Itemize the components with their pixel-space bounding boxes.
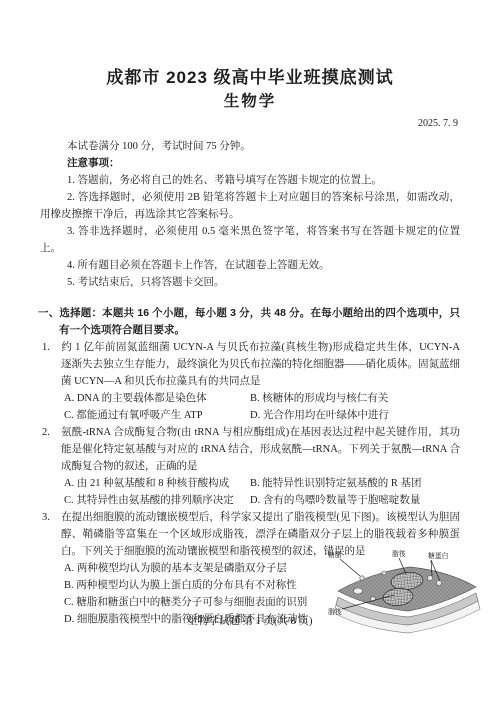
question-1-option-d: D. 光合作用均在叶绿体中进行 bbox=[250, 407, 460, 424]
glycolipid-blob bbox=[360, 576, 364, 580]
notice-item-2: 2. 答选择题时，必须使用 2B 铅笔将答题卡上对应题目的答案标号涂黑，如需改动… bbox=[40, 189, 460, 223]
question-1-text: 约 1 亿年前固氮蓝细菌 UCYN-A 与贝氏布拉藻(真核生物)形成稳定共生体，… bbox=[61, 342, 460, 387]
question-2-options: A. 由 21 种氨基酸和 8 种核苷酸构成 B. 能特异性识别特定氨基酸的 R… bbox=[64, 475, 460, 509]
notice-item-3: 3. 答非选择题时，必须使用 0.5 毫米黑色签字笔，将答案书写在答题卡规定的位… bbox=[40, 223, 460, 257]
question-1: 1.约 1 亿年前固氮蓝细菌 UCYN-A 与贝氏布拉藻(真核生物)形成稳定共生… bbox=[42, 339, 460, 424]
question-3-option-b: B. 两种模型均认为膜上蛋白质的分布具有不对称性 bbox=[64, 577, 352, 594]
page-content: 成都市 2023 级高中毕业班摸底测试 生物学 2025. 7. 9 本试卷满分… bbox=[40, 0, 460, 628]
glycolipid-label: 糖脂 bbox=[328, 550, 342, 559]
notice-item-1: 1. 答题前，务必将自己的姓名、考籍号填写在答题卡规定的位置上。 bbox=[40, 172, 460, 189]
question-1-options: A. DNA 的主要载体都是染色体 B. 核糖体的形成均与核仁有关 C. 都能通… bbox=[64, 390, 460, 424]
membrane-figure-svg: 糖脂 脂筏 糖蛋白 脂筏 bbox=[310, 547, 500, 645]
question-1-option-b: B. 核糖体的形成均与核仁有关 bbox=[250, 390, 460, 407]
question-3-option-a: A. 两种模型均认为膜的基本支架是磷脂双分子层 bbox=[64, 560, 352, 577]
raft-top-label: 脂筏 bbox=[392, 549, 406, 558]
question-1-number: 1. bbox=[42, 339, 61, 356]
subject-title: 生物学 bbox=[40, 90, 460, 114]
question-2-option-d: D. 含有的鸟嘌呤数量等于胞嘧啶数量 bbox=[250, 492, 460, 509]
glycolipid-leader-line bbox=[340, 559, 360, 576]
question-2-option-b: B. 能特异性识别特定氨基酸的 R 基团 bbox=[250, 475, 460, 492]
notice-item-4: 4. 所有题目必须在答题卡上作答，在试题卷上答题无效。 bbox=[40, 257, 460, 274]
question-2-option-c: C. 其特异性由氨基酸的排列顺序决定 bbox=[64, 492, 250, 509]
question-1-option-c: C. 都能通过有氧呼吸产生 ATP bbox=[64, 407, 250, 424]
question-1-option-a: A. DNA 的主要载体都是染色体 bbox=[64, 390, 250, 407]
section-header: 一、选择题：本题共 16 个小题，每小题 3 分，共 48 分。在每小题给出的四… bbox=[38, 305, 460, 339]
question-2: 2.氨酰-tRNA 合成酶复合物(由 tRNA 与相应酶组成)在基因表达过程中起… bbox=[42, 424, 460, 509]
page-footer: 生物学试题 第 1 页(共 8 页) bbox=[0, 613, 500, 630]
page-title: 成都市 2023 级高中毕业班摸底测试 bbox=[40, 66, 460, 90]
question-2-text: 氨酰-tRNA 合成酶复合物(由 tRNA 与相应酶组成)在基因表达过程中起关键… bbox=[61, 427, 460, 472]
exam-paper-page: 成都市 2023 级高中毕业班摸底测试 生物学 2025. 7. 9 本试卷满分… bbox=[0, 0, 500, 707]
exam-date: 2025. 7. 9 bbox=[40, 116, 460, 132]
glycoprotein-blob-2 bbox=[436, 580, 441, 585]
question-2-stem: 2.氨酰-tRNA 合成酶复合物(由 tRNA 与相应酶组成)在基因表达过程中起… bbox=[42, 424, 460, 475]
notice-title: 注意事项： bbox=[40, 155, 460, 172]
question-3-option-c: C. 糖脂和糖蛋白中的糖类分子可参与细胞表面的识别 bbox=[64, 594, 352, 611]
glycoprotein-blob-1 bbox=[427, 575, 432, 580]
exam-summary: 本试卷满分 100 分，考试时间 75 分钟。 bbox=[40, 138, 460, 155]
protein-blob-top bbox=[382, 571, 386, 575]
question-2-option-a: A. 由 21 种氨基酸和 8 种核苷酸构成 bbox=[64, 475, 250, 492]
question-3-number: 3. bbox=[42, 509, 61, 526]
question-1-stem: 1.约 1 亿年前固氮蓝细菌 UCYN-A 与贝氏布拉藻(真核生物)形成稳定共生… bbox=[42, 339, 460, 390]
notice-item-5: 5. 考试结束后，只将答题卡交回。 bbox=[40, 274, 460, 291]
protein-blob-left bbox=[354, 588, 363, 594]
question-2-number: 2. bbox=[42, 424, 61, 441]
membrane-figure: 糖脂 脂筏 糖蛋白 脂筏 bbox=[310, 547, 500, 645]
question-3: 3.在提出细胞膜的流动镶嵌模型后，科学家又提出了脂筏模型(见下图)。该模型认为胆… bbox=[42, 509, 460, 628]
glycoprotein-label: 糖蛋白 bbox=[428, 551, 449, 560]
